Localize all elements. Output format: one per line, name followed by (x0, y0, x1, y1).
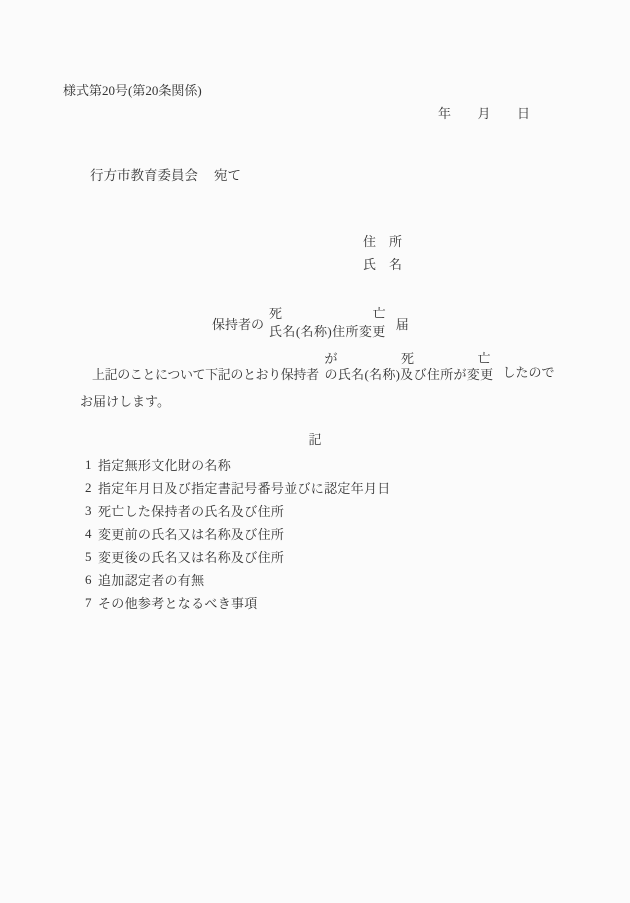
form-number: 様式第20号(第20条関係) (63, 80, 202, 99)
title-prefix: 保持者の (212, 314, 264, 333)
body-alternatives: が 死 亡 の氏名(名称)及び住所が変更 (325, 351, 491, 382)
body-lead-text: 上記のことについて下記のとおり保持者 (92, 367, 319, 382)
body-option-death: が 死 亡 (325, 351, 491, 367)
list-item: 1 指定無形文化財の名称 (85, 453, 391, 476)
title-option-change: 氏名(名称)住所変更 (269, 323, 386, 341)
date-year-label: 年 (438, 103, 451, 122)
item-number: 6 (85, 572, 98, 588)
body-paragraph-line1: 上記のことについて下記のとおり保持者 が 死 亡 の氏名(名称)及び住所が変更 … (92, 351, 555, 382)
body-option-top-3: 亡 (478, 351, 491, 367)
title-alternatives: 死 亡 氏名(名称)住所変更 (269, 305, 386, 341)
item-number: 7 (85, 595, 98, 611)
title-option-death-left: 死 (269, 305, 282, 323)
item-text: 指定年月日及び指定書記号番号並びに認定年月日 (98, 478, 391, 497)
date-line: 年 月 日 (438, 103, 530, 122)
sender-block: 住 所 氏 名 (363, 234, 402, 280)
list-item: 2 指定年月日及び指定書記号番号並びに認定年月日 (85, 476, 391, 499)
body-tail-text: したので (503, 365, 555, 380)
item-text: 変更前の氏名又は名称及び住所 (98, 524, 284, 543)
body-paragraph-line2: お届けします。 (80, 391, 170, 410)
date-month-label: 月 (477, 103, 490, 122)
list-item: 5 変更後の氏名又は名称及び住所 (85, 545, 391, 568)
item-text: 指定無形文化財の名称 (98, 455, 231, 474)
item-number: 2 (85, 480, 98, 496)
addressee-name: 行方市教育委員会 (90, 164, 198, 184)
item-text: 変更後の氏名又は名称及び住所 (98, 547, 284, 566)
body-option-top-2: 死 (401, 351, 414, 367)
item-text: その他参考となるべき事項 (98, 593, 258, 612)
document-title: 保持者の 死 亡 氏名(名称)住所変更 届 (212, 305, 409, 341)
title-suffix: 届 (396, 314, 409, 333)
title-option-death-right: 亡 (373, 305, 386, 323)
title-option-death: 死 亡 (269, 305, 386, 323)
item-number: 3 (85, 503, 98, 519)
date-day-label: 日 (517, 103, 530, 122)
item-text: 追加認定者の有無 (98, 570, 204, 589)
list-item: 4 変更前の氏名又は名称及び住所 (85, 522, 391, 545)
sender-name-label: 氏 名 (363, 257, 402, 280)
record-heading: 記 (0, 429, 630, 448)
items-list: 1 指定無形文化財の名称 2 指定年月日及び指定書記号番号並びに認定年月日 3 … (85, 453, 391, 614)
list-item: 3 死亡した保持者の氏名及び住所 (85, 499, 391, 522)
scanned-form-page: 様式第20号(第20条関係) 年 月 日 行方市教育委員会 宛て 住 所 氏 名… (0, 0, 630, 903)
list-item: 6 追加認定者の有無 (85, 568, 391, 591)
addressee-line: 行方市教育委員会 宛て (90, 164, 241, 184)
item-number: 4 (85, 526, 98, 542)
body-option-top-1: が (325, 351, 338, 367)
body-option-change: の氏名(名称)及び住所が変更 (325, 367, 491, 382)
addressee-suffix: 宛て (214, 164, 241, 184)
list-item: 7 その他参考となるべき事項 (85, 591, 391, 614)
item-number: 5 (85, 549, 98, 565)
item-number: 1 (85, 457, 98, 473)
item-text: 死亡した保持者の氏名及び住所 (98, 501, 284, 520)
sender-address-label: 住 所 (363, 234, 402, 257)
